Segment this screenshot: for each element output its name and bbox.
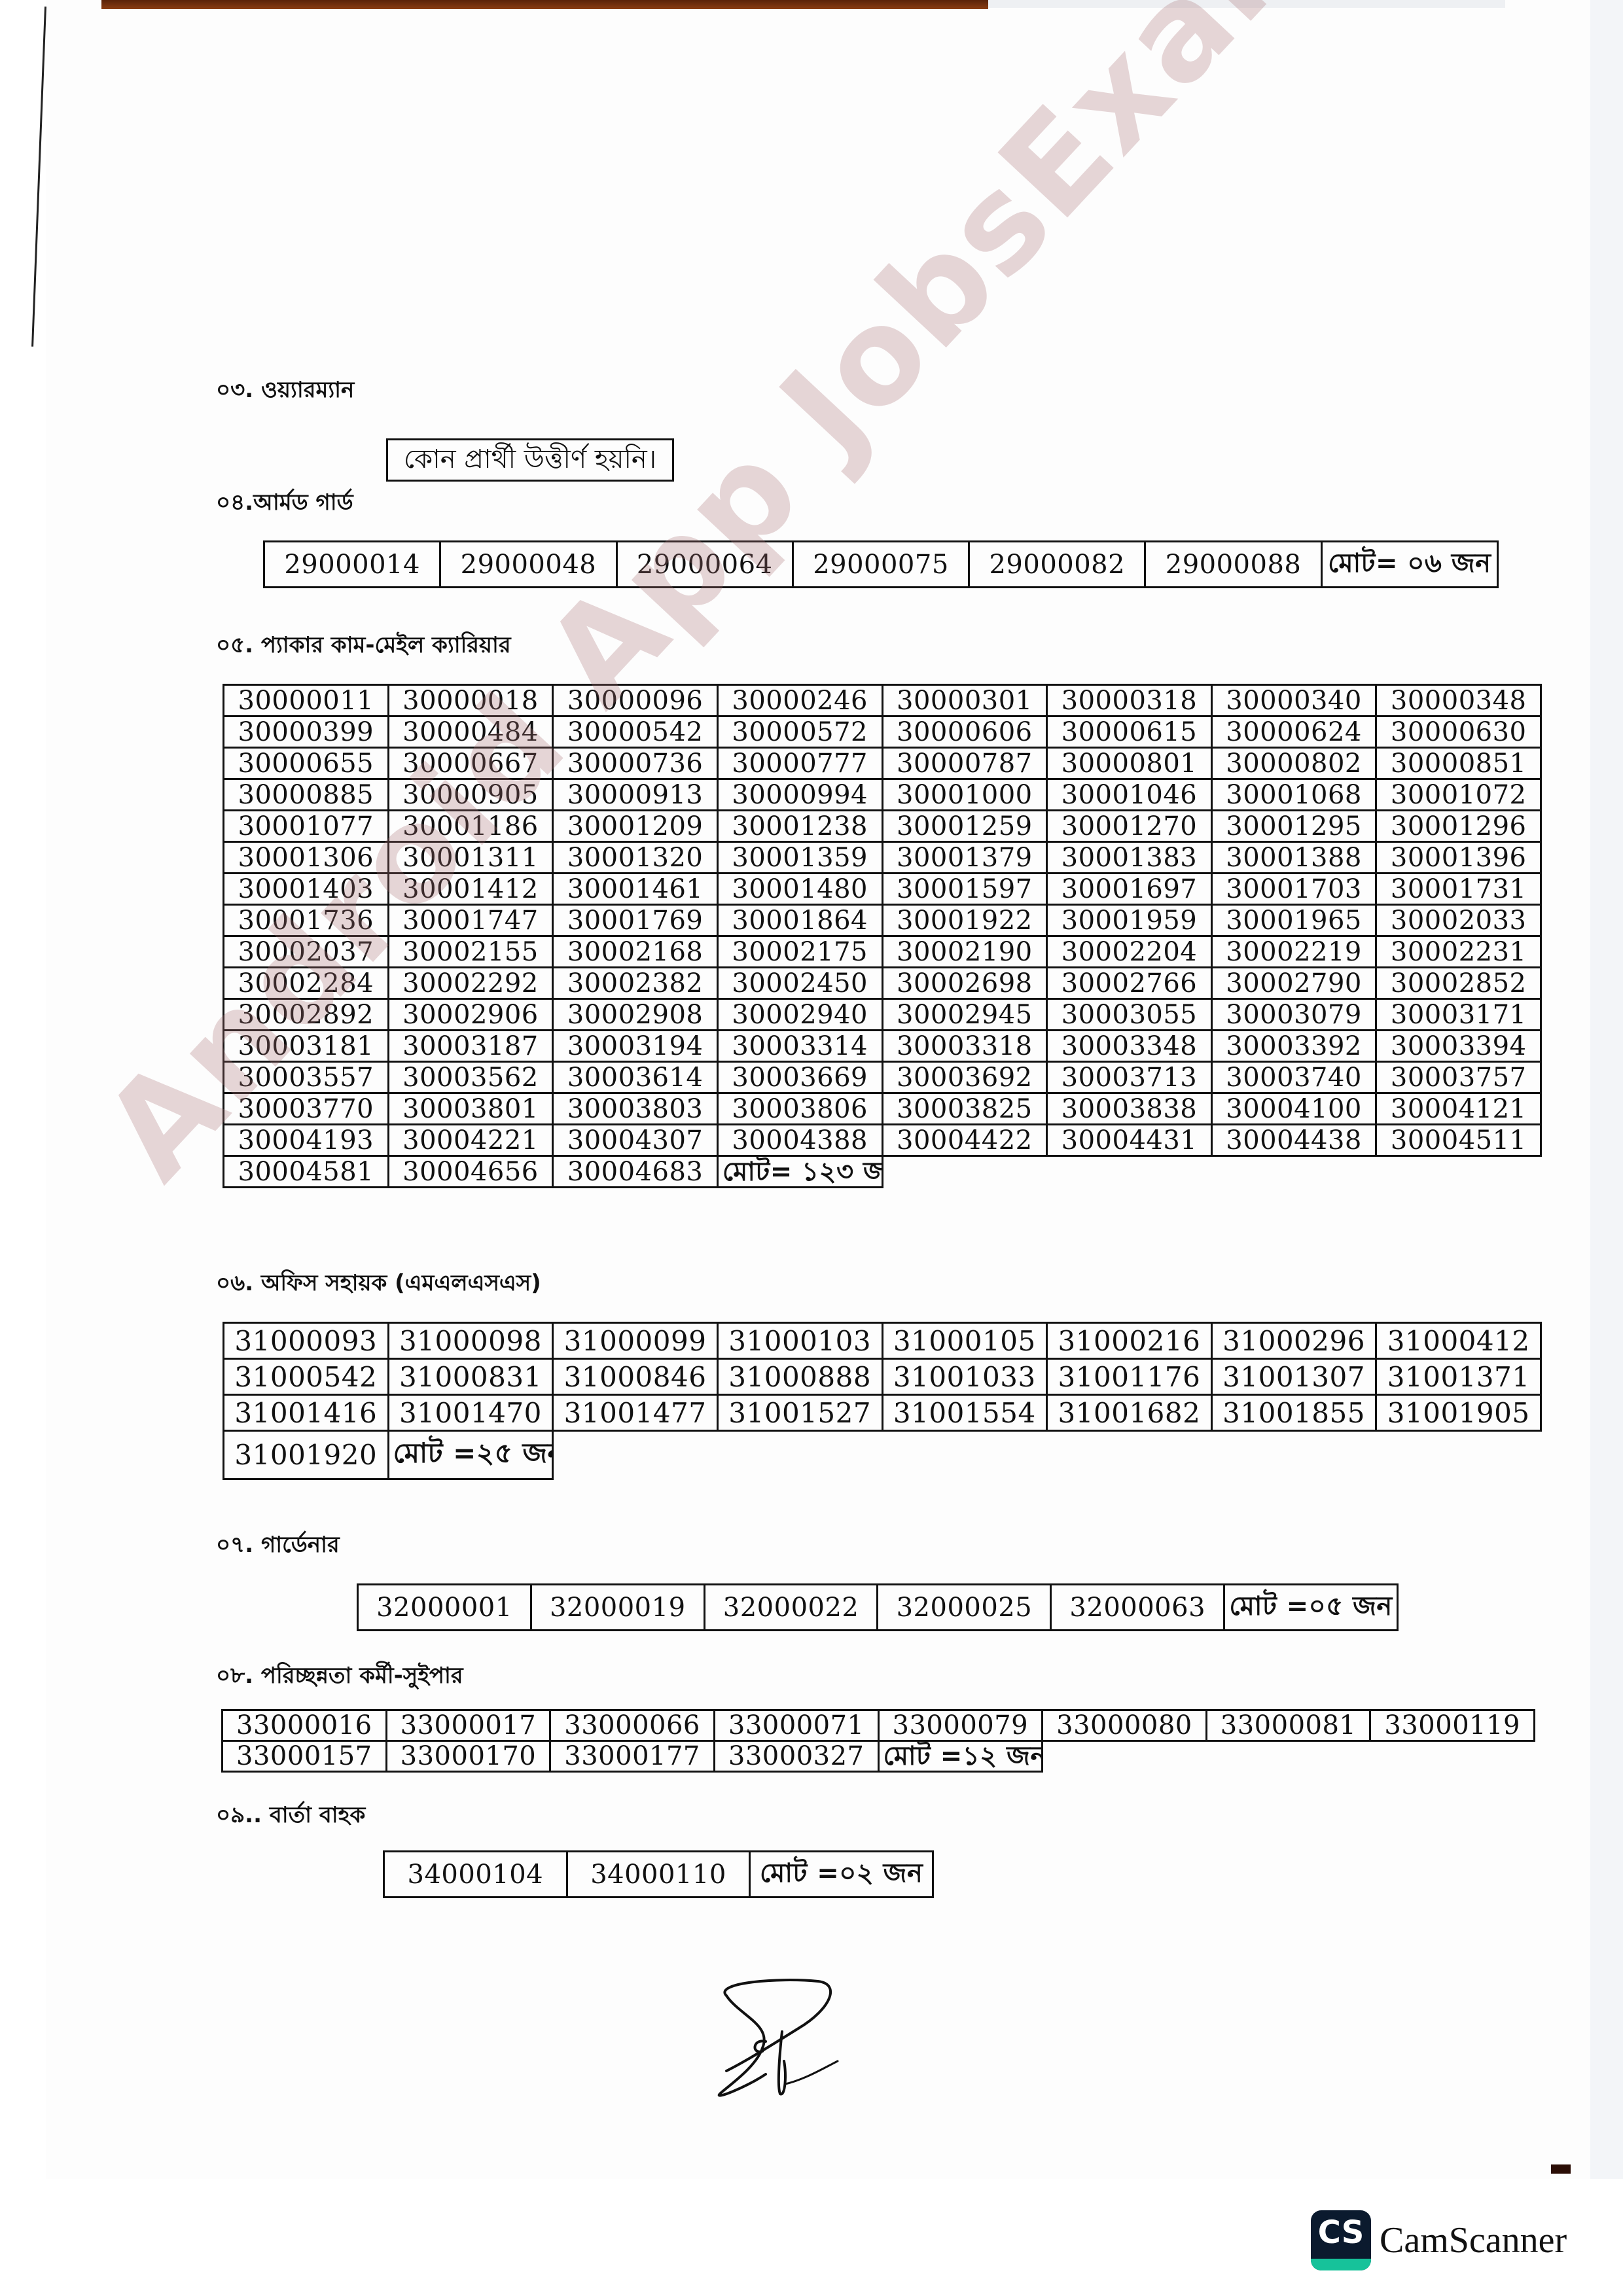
- roll-number-cell: 31001920: [224, 1431, 389, 1479]
- camscanner-badge-text: CS: [1311, 2214, 1371, 2251]
- roll-number-cell: 31001682: [1047, 1395, 1212, 1431]
- roll-number-cell: 30001186: [388, 811, 553, 842]
- roll-number-cell: 30001697: [1047, 874, 1212, 905]
- roll-number-cell: 30003757: [1376, 1062, 1541, 1093]
- roll-number-cell: 30002450: [717, 968, 882, 999]
- roll-number-cell: 30002155: [388, 936, 553, 968]
- roll-number-cell: 30003394: [1376, 1031, 1541, 1062]
- roll-number-cell: 30002940: [717, 999, 882, 1031]
- roll-number-cell: 30000787: [882, 748, 1047, 779]
- roll-number-cell: 33000157: [223, 1741, 387, 1772]
- roll-number-cell: 30001306: [224, 842, 389, 874]
- roll-number-cell: 33000080: [1043, 1710, 1207, 1741]
- roll-number-cell: 33000177: [550, 1741, 715, 1772]
- roll-number-cell: 30004511: [1376, 1125, 1541, 1156]
- roll-number-cell: 33000079: [878, 1710, 1043, 1741]
- section-06-title: ০৬. অফিস সহায়ক (এমএলএসএস): [216, 1266, 541, 1303]
- roll-number-cell: 30001480: [717, 874, 882, 905]
- roll-number-cell: 30001000: [882, 779, 1047, 811]
- roll-number-cell: 30002892: [224, 999, 389, 1031]
- roll-number-cell: 30003055: [1047, 999, 1212, 1031]
- camscanner-brand-name: CamScanner: [1380, 2219, 1567, 2261]
- roll-number-cell: 31001477: [553, 1395, 718, 1431]
- table-row: 3100054231000831310008463100088831001033…: [224, 1359, 1541, 1395]
- roll-number-cell: 30004307: [553, 1125, 718, 1156]
- roll-number-cell: 30002698: [882, 968, 1047, 999]
- roll-number-cell: 30000851: [1376, 748, 1541, 779]
- roll-number-cell: 30004683: [553, 1156, 718, 1188]
- section-03-no-candidate-notice: কোন প্রার্থী উত্তীর্ণ হয়নি।: [386, 438, 674, 482]
- roll-number-cell: 31001176: [1047, 1359, 1212, 1395]
- roll-number-cell: 30001383: [1047, 842, 1212, 874]
- roll-number-cell: 30003825: [882, 1093, 1047, 1125]
- roll-number-cell: 31000296: [1211, 1323, 1376, 1359]
- roll-number-cell: 30003801: [388, 1093, 553, 1125]
- roll-number-cell: 31000098: [388, 1323, 553, 1359]
- roll-number-cell: 30001396: [1376, 842, 1541, 874]
- roll-number-cell: 30002852: [1376, 968, 1541, 999]
- roll-number-cell: 30001295: [1211, 811, 1376, 842]
- roll-number-cell: 30001959: [1047, 905, 1212, 936]
- paper-left-edge: [31, 7, 46, 347]
- roll-number-cell: 30003614: [553, 1062, 718, 1093]
- table-row: 2900001429000048290000642900007529000082…: [264, 542, 1498, 588]
- roll-number-cell: 30000655: [224, 748, 389, 779]
- section-06-roll-table: 3100009331000098310000993100010331000105…: [223, 1322, 1542, 1480]
- roll-number-cell: 30003806: [717, 1093, 882, 1125]
- roll-number-cell: 30004121: [1376, 1093, 1541, 1125]
- roll-number-cell: 30002231: [1376, 936, 1541, 968]
- roll-number-cell: 30000340: [1211, 685, 1376, 716]
- roll-number-cell: 30000885: [224, 779, 389, 811]
- roll-number-cell: 30002906: [388, 999, 553, 1031]
- roll-number-cell: 32000063: [1051, 1585, 1224, 1631]
- roll-number-cell: 30002037: [224, 936, 389, 968]
- roll-number-cell: 30003557: [224, 1062, 389, 1093]
- table-row: 33000157330001703300017733000327মোট =১২ …: [223, 1741, 1535, 1772]
- roll-number-cell: 30002382: [553, 968, 718, 999]
- roll-number-cell: 30000913: [553, 779, 718, 811]
- total-count-cell: মোট= ০৬ জন: [1321, 542, 1497, 588]
- table-row: 3000039930000484300005423000057230000606…: [224, 716, 1541, 748]
- roll-number-cell: 30003348: [1047, 1031, 1212, 1062]
- signature-icon: [700, 1963, 857, 2107]
- roll-number-cell: 30003713: [1047, 1062, 1212, 1093]
- roll-number-cell: 33000327: [714, 1741, 878, 1772]
- roll-number-cell: 30003669: [717, 1062, 882, 1093]
- roll-number-cell: 29000064: [616, 542, 793, 588]
- roll-number-cell: 34000110: [567, 1852, 750, 1898]
- table-row: 3000377030003801300038033000380630003825…: [224, 1093, 1541, 1125]
- roll-number-cell: 30001736: [224, 905, 389, 936]
- table-row: 3000419330004221300043073000438830004422…: [224, 1125, 1541, 1156]
- roll-number-cell: 30000318: [1047, 685, 1212, 716]
- roll-number-cell: 30001296: [1376, 811, 1541, 842]
- roll-number-cell: 30001046: [1047, 779, 1212, 811]
- roll-number-cell: 30003171: [1376, 999, 1541, 1031]
- roll-number-cell: 31001307: [1211, 1359, 1376, 1395]
- roll-number-cell: 32000019: [531, 1585, 704, 1631]
- roll-number-cell: 30000096: [553, 685, 718, 716]
- roll-number-cell: 30003187: [388, 1031, 553, 1062]
- roll-number-cell: 34000104: [384, 1852, 567, 1898]
- roll-number-cell: 33000119: [1370, 1710, 1535, 1741]
- roll-number-cell: 31001033: [882, 1359, 1047, 1395]
- roll-number-cell: 30003079: [1211, 999, 1376, 1031]
- roll-number-cell: 32000022: [704, 1585, 878, 1631]
- roll-number-cell: 30001072: [1376, 779, 1541, 811]
- section-08-title: ০৮. পরিচ্ছন্নতা কর্মী-সুইপার: [216, 1659, 463, 1696]
- total-count-cell: মোট =২৫ জন: [388, 1431, 553, 1479]
- roll-number-cell: 30000484: [388, 716, 553, 748]
- roll-number-cell: 30000994: [717, 779, 882, 811]
- roll-number-cell: 32000001: [358, 1585, 531, 1631]
- roll-number-cell: 31000103: [717, 1323, 882, 1359]
- camscanner-logo-icon: CS: [1311, 2210, 1371, 2270]
- table-row: 3000065530000667300007363000077730000787…: [224, 748, 1541, 779]
- roll-number-cell: 33000017: [386, 1710, 550, 1741]
- table-row: 3000318130003187300031943000331430003318…: [224, 1031, 1541, 1062]
- roll-number-cell: 30000624: [1211, 716, 1376, 748]
- section-04-title: ০৪.আর্মড গার্ড: [216, 486, 353, 523]
- camscanner-badge-accent: [1311, 2259, 1371, 2270]
- roll-number-cell: 30000018: [388, 685, 553, 716]
- roll-number-cell: 30002219: [1211, 936, 1376, 968]
- roll-number-cell: 33000071: [714, 1710, 878, 1741]
- roll-number-cell: 30001359: [717, 842, 882, 874]
- roll-number-cell: 30001388: [1211, 842, 1376, 874]
- roll-number-cell: 30003181: [224, 1031, 389, 1062]
- roll-number-cell: 30000348: [1376, 685, 1541, 716]
- roll-number-cell: 30001731: [1376, 874, 1541, 905]
- roll-number-cell: 30001769: [553, 905, 718, 936]
- section-04-roll-table: 2900001429000048290000642900007529000082…: [263, 540, 1499, 588]
- roll-number-cell: 30003770: [224, 1093, 389, 1125]
- roll-number-cell: 30003803: [553, 1093, 718, 1125]
- roll-number-cell: 30001412: [388, 874, 553, 905]
- roll-number-cell: 30002908: [553, 999, 718, 1031]
- roll-number-cell: 30003740: [1211, 1062, 1376, 1093]
- section-03-title: ০৩. ওয়্যারম্যান: [216, 373, 354, 410]
- roll-number-cell: 30002168: [553, 936, 718, 968]
- roll-number-cell: 30001864: [717, 905, 882, 936]
- roll-number-cell: 30001238: [717, 811, 882, 842]
- table-row: 3300001633000017330000663300007133000079…: [223, 1710, 1535, 1741]
- roll-number-cell: 30001259: [882, 811, 1047, 842]
- table-row: 3000203730002155300021683000217530002190…: [224, 936, 1541, 968]
- roll-number-cell: 32000025: [878, 1585, 1051, 1631]
- roll-number-cell: 30000399: [224, 716, 389, 748]
- scan-top-edge-dark: [101, 0, 988, 9]
- roll-number-cell: 31001905: [1376, 1395, 1541, 1431]
- table-row: 3000107730001186300012093000123830001259…: [224, 811, 1541, 842]
- roll-number-cell: 30001068: [1211, 779, 1376, 811]
- roll-number-cell: 30001270: [1047, 811, 1212, 842]
- section-09-title: ০৯.. বার্তা বাহক: [216, 1798, 365, 1835]
- table-row: 3000001130000018300000963000024630000301…: [224, 685, 1541, 716]
- roll-number-cell: 30001922: [882, 905, 1047, 936]
- roll-number-cell: 31000105: [882, 1323, 1047, 1359]
- roll-number-cell: 30001320: [553, 842, 718, 874]
- roll-number-cell: 31000099: [553, 1323, 718, 1359]
- roll-number-cell: 30001403: [224, 874, 389, 905]
- roll-number-cell: 31000846: [553, 1359, 718, 1395]
- table-row: 3400010434000110মোট =০২ জন: [384, 1852, 933, 1898]
- roll-number-cell: 30000667: [388, 748, 553, 779]
- roll-number-cell: 30000736: [553, 748, 718, 779]
- roll-number-cell: 30002766: [1047, 968, 1212, 999]
- roll-number-cell: 31000412: [1376, 1323, 1541, 1359]
- roll-number-cell: 31001554: [882, 1395, 1047, 1431]
- roll-number-cell: 31001470: [388, 1395, 553, 1431]
- roll-number-cell: 30001379: [882, 842, 1047, 874]
- roll-number-cell: 30004656: [388, 1156, 553, 1188]
- table-row: 3000355730003562300036143000366930003692…: [224, 1062, 1541, 1093]
- section-08-roll-table: 3300001633000017330000663300007133000079…: [221, 1709, 1535, 1773]
- scan-top-edge-light: [988, 0, 1505, 8]
- roll-number-cell: 31001855: [1211, 1395, 1376, 1431]
- roll-number-cell: 30003314: [717, 1031, 882, 1062]
- roll-number-cell: 30004431: [1047, 1125, 1212, 1156]
- roll-number-cell: 33000066: [550, 1710, 715, 1741]
- roll-number-cell: 30002790: [1211, 968, 1376, 999]
- roll-number-cell: 31001527: [717, 1395, 882, 1431]
- roll-number-cell: 30004581: [224, 1156, 389, 1188]
- table-row: 3000289230002906300029083000294030002945…: [224, 999, 1541, 1031]
- roll-number-cell: 31001416: [224, 1395, 389, 1431]
- roll-number-cell: 29000014: [264, 542, 440, 588]
- roll-number-cell: 30002175: [717, 936, 882, 968]
- roll-number-cell: 30000802: [1211, 748, 1376, 779]
- roll-number-cell: 30001461: [553, 874, 718, 905]
- roll-number-cell: 31000542: [224, 1359, 389, 1395]
- roll-number-cell: 30000246: [717, 685, 882, 716]
- total-count-cell: মোট =০৫ জন: [1224, 1585, 1398, 1631]
- roll-number-cell: 30002190: [882, 936, 1047, 968]
- roll-number-cell: 30000615: [1047, 716, 1212, 748]
- roll-number-cell: 30000777: [717, 748, 882, 779]
- roll-number-cell: 30001311: [388, 842, 553, 874]
- roll-number-cell: 30003562: [388, 1062, 553, 1093]
- roll-number-cell: 30003392: [1211, 1031, 1376, 1062]
- table-row: 3100141631001470310014773100152731001554…: [224, 1395, 1541, 1431]
- roll-number-cell: 30004100: [1211, 1093, 1376, 1125]
- roll-number-cell: 29000082: [969, 542, 1145, 588]
- roll-number-cell: 30001965: [1211, 905, 1376, 936]
- roll-number-cell: 29000088: [1145, 542, 1321, 588]
- table-row: 300045813000465630004683মোট= ১২৩ জন: [224, 1156, 1541, 1188]
- total-count-cell: মোট =০২ জন: [750, 1852, 933, 1898]
- roll-number-cell: 30000630: [1376, 716, 1541, 748]
- roll-number-cell: 30000801: [1047, 748, 1212, 779]
- section-09-roll-table: 3400010434000110মোট =০২ জন: [383, 1850, 934, 1898]
- roll-number-cell: 30000011: [224, 685, 389, 716]
- roll-number-cell: 30001597: [882, 874, 1047, 905]
- roll-number-cell: 30001703: [1211, 874, 1376, 905]
- roll-number-cell: 30003692: [882, 1062, 1047, 1093]
- roll-number-cell: 30004193: [224, 1125, 389, 1156]
- table-row: 3100009331000098310000993100010331000105…: [224, 1323, 1541, 1359]
- roll-number-cell: 30001209: [553, 811, 718, 842]
- roll-number-cell: 30004221: [388, 1125, 553, 1156]
- roll-number-cell: 33000170: [386, 1741, 550, 1772]
- roll-number-cell: 30003194: [553, 1031, 718, 1062]
- roll-number-cell: 31000093: [224, 1323, 389, 1359]
- table-row: 3000130630001311300013203000135930001379…: [224, 842, 1541, 874]
- roll-number-cell: 30004388: [717, 1125, 882, 1156]
- total-count-cell: মোট= ১২৩ জন: [717, 1156, 882, 1188]
- total-count-cell: মোট =১২ জন: [878, 1741, 1043, 1772]
- roll-number-cell: 30000905: [388, 779, 553, 811]
- section-07-roll-table: 3200000132000019320000223200002532000063…: [357, 1583, 1399, 1631]
- roll-number-cell: 30000572: [717, 716, 882, 748]
- section-05-title: ০৫. প্যাকার কাম-মেইল ক্যারিয়ার: [216, 628, 511, 665]
- table-row: 31001920মোট =২৫ জন: [224, 1431, 1541, 1479]
- paper-right-shade: [1590, 0, 1623, 2179]
- table-row: 3000140330001412300014613000148030001597…: [224, 874, 1541, 905]
- roll-number-cell: 30002033: [1376, 905, 1541, 936]
- roll-number-cell: 30000606: [882, 716, 1047, 748]
- section-05-roll-table: 3000001130000018300000963000024630000301…: [223, 684, 1542, 1188]
- roll-number-cell: 29000075: [793, 542, 969, 588]
- roll-number-cell: 30000301: [882, 685, 1047, 716]
- roll-number-cell: 31000831: [388, 1359, 553, 1395]
- roll-number-cell: 30002945: [882, 999, 1047, 1031]
- table-row: 3000228430002292300023823000245030002698…: [224, 968, 1541, 999]
- roll-number-cell: 30003838: [1047, 1093, 1212, 1125]
- roll-number-cell: 33000081: [1206, 1710, 1370, 1741]
- table-row: 3200000132000019320000223200002532000063…: [358, 1585, 1398, 1631]
- roll-number-cell: 30000542: [553, 716, 718, 748]
- table-row: 3000173630001747300017693000186430001922…: [224, 905, 1541, 936]
- roll-number-cell: 30001747: [388, 905, 553, 936]
- roll-number-cell: 29000048: [440, 542, 616, 588]
- section-07-title: ০৭. গার্ডেনার: [216, 1528, 340, 1565]
- roll-number-cell: 30004422: [882, 1125, 1047, 1156]
- roll-number-cell: 31000216: [1047, 1323, 1212, 1359]
- roll-number-cell: 30001077: [224, 811, 389, 842]
- table-row: 3000088530000905300009133000099430001000…: [224, 779, 1541, 811]
- roll-number-cell: 30004438: [1211, 1125, 1376, 1156]
- roll-number-cell: 30002204: [1047, 936, 1212, 968]
- roll-number-cell: 30002284: [224, 968, 389, 999]
- roll-number-cell: 31001371: [1376, 1359, 1541, 1395]
- roll-number-cell: 33000016: [223, 1710, 387, 1741]
- roll-number-cell: 30002292: [388, 968, 553, 999]
- roll-number-cell: 30003318: [882, 1031, 1047, 1062]
- roll-number-cell: 31000888: [717, 1359, 882, 1395]
- scan-bottom-mark: [1551, 2164, 1571, 2174]
